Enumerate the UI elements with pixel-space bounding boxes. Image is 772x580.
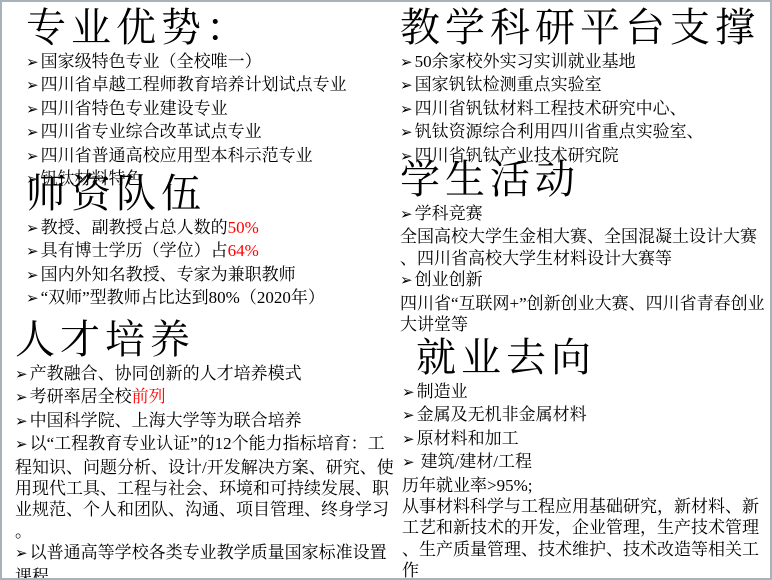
list-item: ➢四川省钒钛材料工程技术研究中心、	[400, 98, 772, 121]
arrow-bullet-icon: ➢	[402, 455, 421, 471]
list-item: ➢钒钛资源综合利用四川省重点实验室、	[400, 121, 772, 144]
section-faculty-team: 师资队伍 ➢教授、副教授占总人数的50%➢具有博士学历（学位）占64%➢国内外知…	[26, 174, 390, 311]
list-item: ➢50余家校外实习实训就业基地	[400, 51, 772, 74]
text-segment: 四川省卓越工程师教育培养计划试点专业	[41, 75, 347, 94]
arrow-bullet-icon: ➢	[15, 414, 30, 430]
arrow-bullet-icon: ➢	[402, 385, 417, 401]
list-item: ➢以“工程教育专业认证”的12个能力指标培育：工程知识、问题分析、设计/开发解决…	[15, 433, 396, 542]
section-title: 专业优势：	[26, 8, 390, 48]
list-item: 历年就业率>95%;	[402, 475, 772, 496]
section-items: ➢教授、副教授占总人数的50%➢具有博士学历（学位）占64%➢国内外知名教授、专…	[26, 217, 390, 311]
list-item: ➢产教融合、协同创新的人才培养模式	[15, 363, 396, 386]
arrow-bullet-icon: ➢	[26, 125, 41, 141]
list-item: ➢教授、副教授占总人数的50%	[26, 217, 390, 240]
arrow-bullet-icon: ➢	[26, 244, 41, 260]
arrow-bullet-icon: ➢	[26, 78, 41, 94]
arrow-bullet-icon: ➢	[400, 125, 415, 141]
text-segment: 前列	[132, 387, 166, 406]
section-title: 师资队伍	[26, 174, 390, 214]
arrow-bullet-icon: ➢	[402, 408, 417, 424]
list-item: ➢制造业	[402, 381, 772, 404]
arrow-bullet-icon: ➢	[26, 291, 41, 307]
list-item: ➢学科竞赛	[400, 203, 772, 226]
text-segment: 中国科学院、上海大学等为联合培养	[30, 411, 302, 430]
arrow-bullet-icon: ➢	[26, 221, 41, 237]
text-segment: 历年就业率>95%;	[402, 476, 532, 495]
list-item: ➢中国科学院、上海大学等为联合培养	[15, 410, 396, 433]
list-item: ➢建筑/建材/工程	[402, 451, 772, 474]
arrow-bullet-icon: ➢	[400, 273, 415, 289]
text-segment: “双师”型教师占比达到80%（2020年）	[41, 288, 325, 307]
text-segment: 国家级特色专业（全校唯一）	[41, 52, 262, 71]
text-segment: 全国高校大学生金相大赛、全国混凝土设计大赛、四川省高校大学生材料设计大赛等	[400, 227, 757, 267]
text-segment: 国内外知名教授、专家为兼职教师	[41, 265, 296, 284]
text-segment: 建筑/建材/工程	[421, 452, 532, 471]
text-segment: 国家钒钛检测重点实验室	[415, 75, 602, 94]
list-item: ➢创业创新	[400, 269, 772, 292]
text-segment: 考研率居全校	[30, 387, 132, 406]
text-segment: 产教融合、协同创新的人才培养模式	[30, 364, 302, 383]
section-title: 学生活动	[400, 160, 772, 200]
text-segment: 四川省特色专业建设专业	[41, 99, 228, 118]
list-item: 全国高校大学生金相大赛、全国混凝土设计大赛、四川省高校大学生材料设计大赛等	[400, 226, 772, 269]
section-items: ➢产教融合、协同创新的人才培养模式➢考研率居全校前列➢中国科学院、上海大学等为联…	[15, 363, 396, 580]
arrow-bullet-icon: ➢	[15, 367, 30, 383]
section-student-activities: 学生活动 ➢学科竞赛全国高校大学生金相大赛、全国混凝土设计大赛、四川省高校大学生…	[400, 160, 772, 335]
list-item: ➢具有博士学历（学位）占64%	[26, 240, 390, 263]
text-segment: 教授、副教授占总人数的	[41, 218, 228, 237]
list-item: ➢四川省普通高校应用型本科示范专业	[26, 145, 390, 168]
text-segment: 创业创新	[415, 270, 483, 289]
section-professional-advantages: 专业优势： ➢国家级特色专业（全校唯一）➢四川省卓越工程师教育培养计划试点专业➢…	[26, 8, 390, 191]
list-item: ➢国家钒钛检测重点实验室	[400, 74, 772, 97]
text-segment: 64%	[228, 241, 259, 260]
list-item: ➢四川省特色专业建设专业	[26, 98, 390, 121]
arrow-bullet-icon: ➢	[26, 102, 41, 118]
section-items: ➢50余家校外实习实训就业基地➢国家钒钛检测重点实验室➢四川省钒钛材料工程技术研…	[400, 51, 772, 168]
section-title: 人才培养	[15, 320, 396, 360]
list-item: ➢四川省卓越工程师教育培养计划试点专业	[26, 74, 390, 97]
arrow-bullet-icon: ➢	[26, 268, 41, 284]
list-item: ➢四川省专业综合改革试点专业	[26, 121, 390, 144]
list-item: ➢原材料和加工	[402, 428, 772, 451]
list-item: 从事材料科学与工程应用基础研究，新材料、新工艺和新技术的开发，企业管理，生产技术…	[402, 496, 772, 580]
arrow-bullet-icon: ➢	[400, 55, 415, 71]
slide: 专业优势： ➢国家级特色专业（全校唯一）➢四川省卓越工程师教育培养计划试点专业➢…	[0, 0, 772, 580]
arrow-bullet-icon: ➢	[400, 207, 415, 223]
text-segment: 50%	[228, 218, 259, 237]
arrow-bullet-icon: ➢	[26, 55, 41, 71]
text-segment: 制造业	[417, 382, 468, 401]
list-item: ➢“双师”型教师占比达到80%（2020年）	[26, 287, 390, 310]
list-item: ➢国内外知名教授、专家为兼职教师	[26, 264, 390, 287]
list-item: ➢金属及无机非金属材料	[402, 404, 772, 427]
text-segment: 以“工程教育专业认证”的12个能力指标培育：工程知识、问题分析、设计/开发解决方…	[15, 434, 394, 541]
arrow-bullet-icon: ➢	[15, 390, 30, 406]
text-segment: 以普通高等学校各类专业教学质量国家标准设置课程	[15, 543, 387, 580]
arrow-bullet-icon: ➢	[400, 78, 415, 94]
text-segment: 四川省“互联网+”创新创业大赛、四川省青春创业大讲堂等	[400, 294, 765, 334]
text-segment: 具有博士学历（学位）占	[41, 241, 228, 260]
section-talent-cultivation: 人才培养 ➢产教融合、协同创新的人才培养模式➢考研率居全校前列➢中国科学院、上海…	[15, 320, 396, 580]
arrow-bullet-icon: ➢	[15, 546, 30, 562]
list-item: ➢考研率居全校前列	[15, 386, 396, 409]
text-segment: 四川省普通高校应用型本科示范专业	[41, 146, 313, 165]
section-title: 就业去向	[416, 338, 772, 378]
section-items: ➢学科竞赛全国高校大学生金相大赛、全国混凝土设计大赛、四川省高校大学生材料设计大…	[400, 203, 772, 335]
list-item: 四川省“互联网+”创新创业大赛、四川省青春创业大讲堂等	[400, 293, 772, 336]
section-employment: 就业去向 ➢制造业➢金属及无机非金属材料➢原材料和加工➢建筑/建材/工程历年就业…	[402, 338, 772, 580]
text-segment: 从事材料科学与工程应用基础研究，新材料、新工艺和新技术的开发，企业管理，生产技术…	[402, 497, 759, 580]
text-segment: 原材料和加工	[417, 429, 519, 448]
arrow-bullet-icon: ➢	[402, 432, 417, 448]
arrow-bullet-icon: ➢	[26, 149, 41, 165]
arrow-bullet-icon: ➢	[15, 437, 30, 453]
list-item: ➢以普通高等学校各类专业教学质量国家标准设置课程	[15, 542, 396, 580]
text-segment: 钒钛资源综合利用四川省重点实验室、	[415, 122, 704, 141]
text-segment: 金属及无机非金属材料	[417, 405, 587, 424]
text-segment: 四川省钒钛材料工程技术研究中心、	[415, 99, 687, 118]
section-items: ➢制造业➢金属及无机非金属材料➢原材料和加工➢建筑/建材/工程历年就业率>95%…	[402, 381, 772, 580]
section-title: 教学科研平台支撑	[400, 8, 772, 48]
arrow-bullet-icon: ➢	[400, 102, 415, 118]
text-segment: 学科竞赛	[415, 204, 483, 223]
text-segment: 四川省专业综合改革试点专业	[41, 122, 262, 141]
text-segment: 50余家校外实习实训就业基地	[415, 52, 636, 71]
list-item: ➢国家级特色专业（全校唯一）	[26, 51, 390, 74]
section-platform-support: 教学科研平台支撑 ➢50余家校外实习实训就业基地➢国家钒钛检测重点实验室➢四川省…	[400, 8, 772, 168]
